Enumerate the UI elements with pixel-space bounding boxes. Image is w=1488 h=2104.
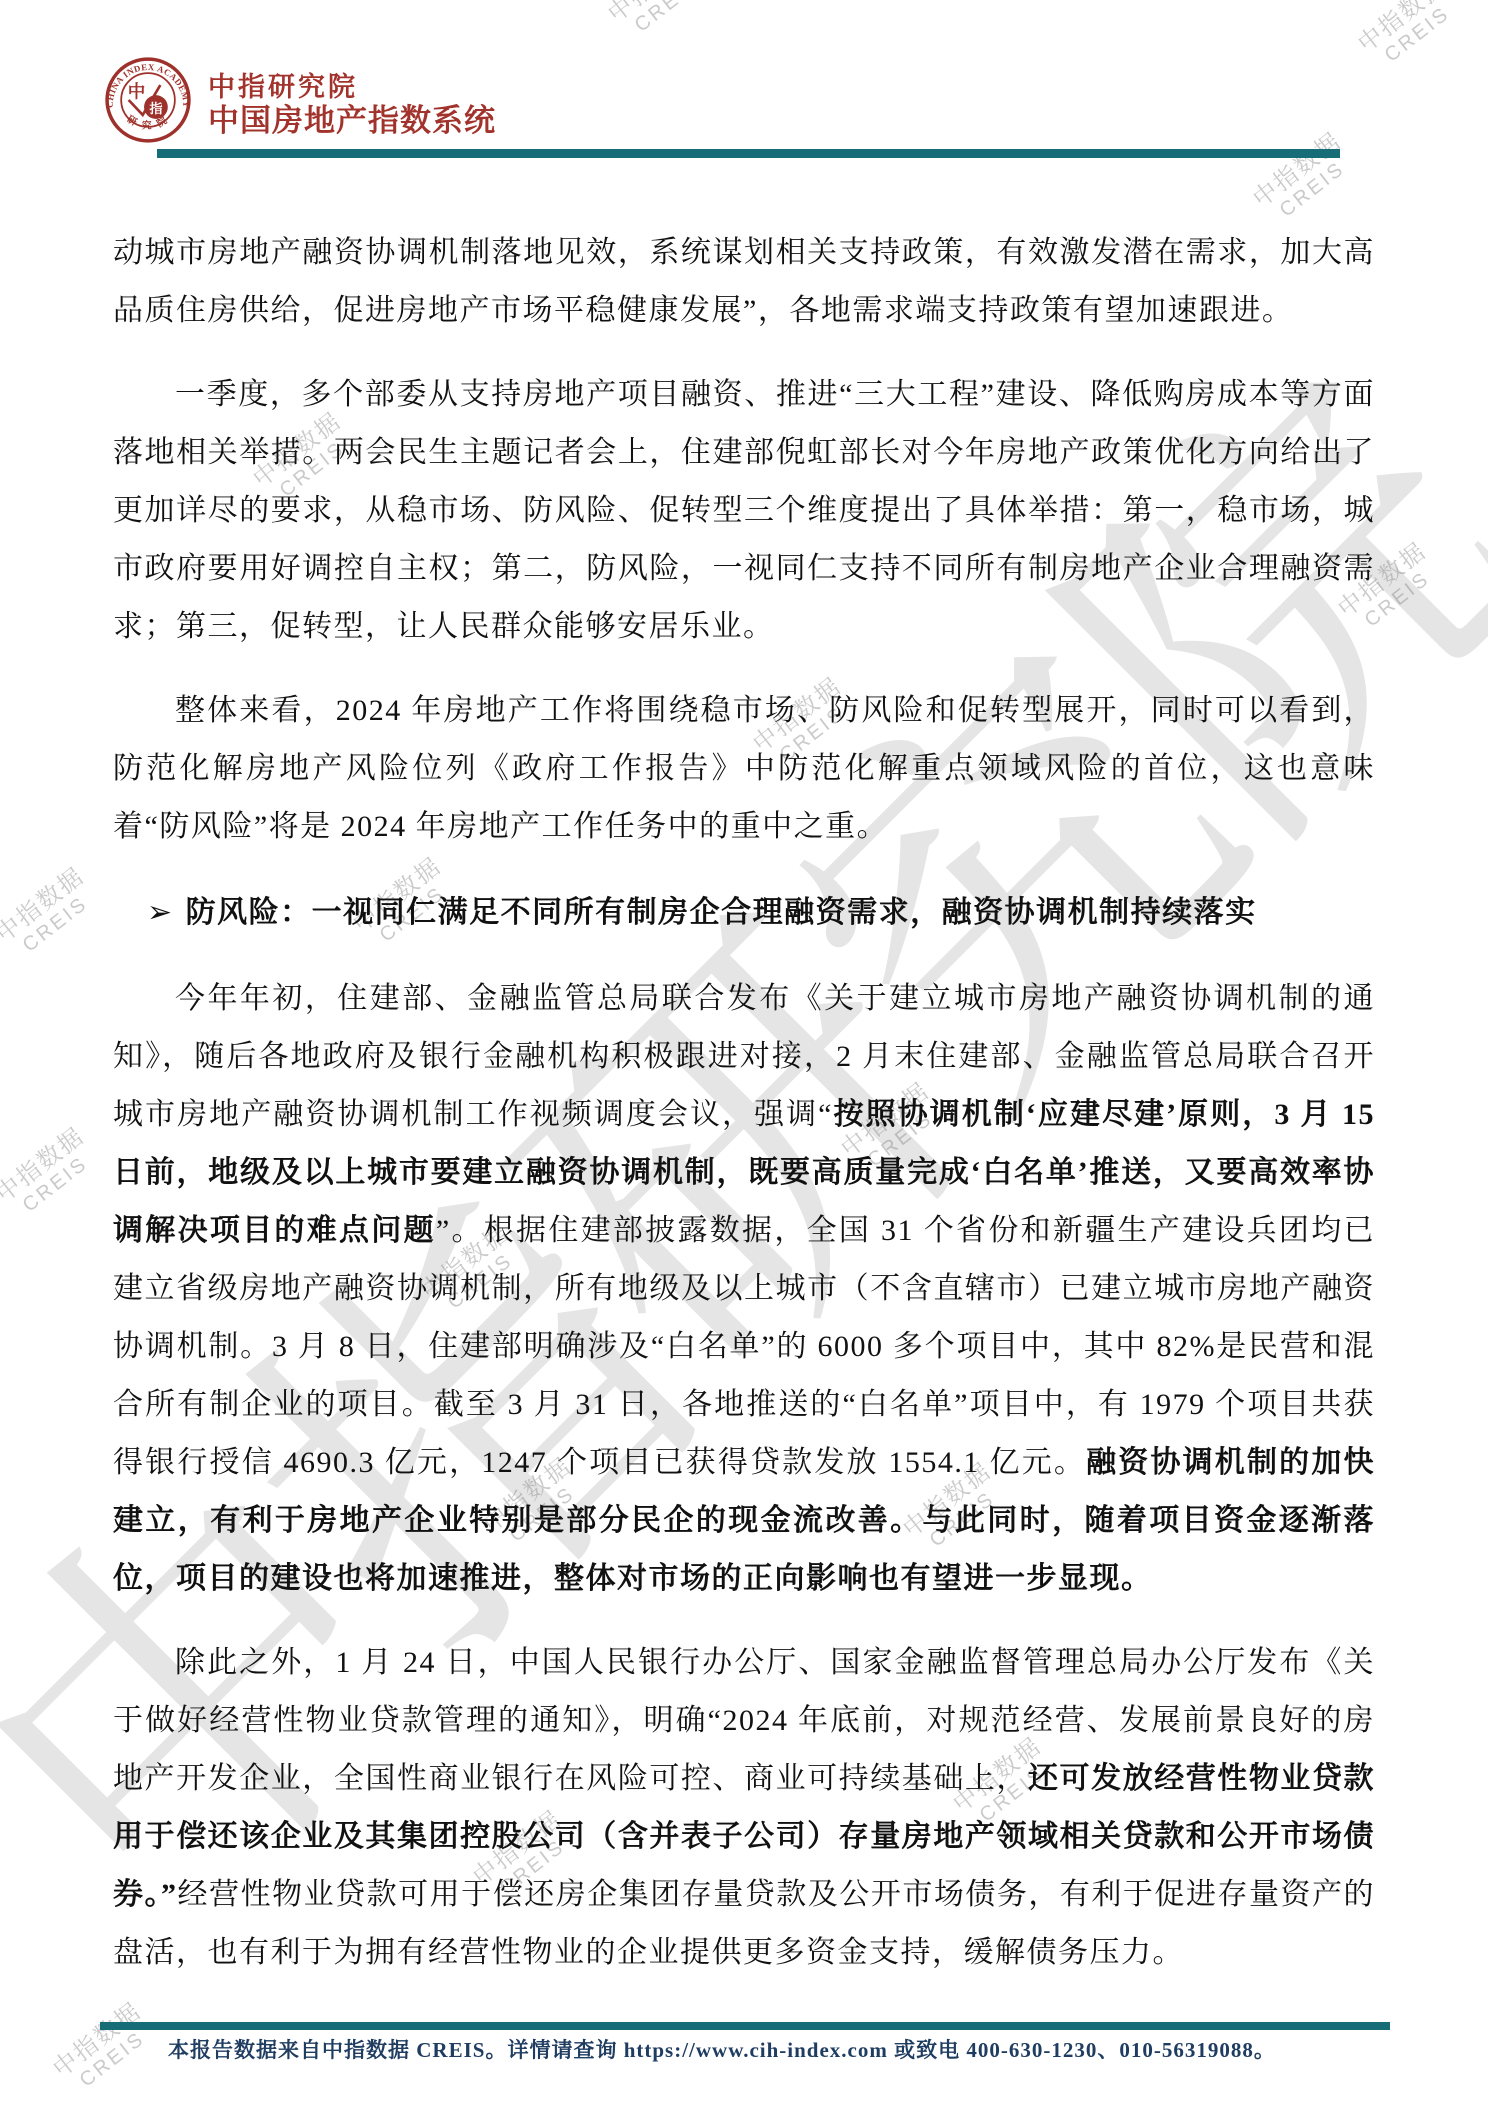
text-run: 经营性物业贷款可用于偿还房企集团存量贷款及公开市场债务，有利于促进存量资产的盘活…	[113, 1878, 1375, 1969]
text-run: 防风险：一视同仁满足不同所有制房企合理融资需求，融资协调机制持续落实	[186, 896, 1257, 929]
footer-note-suffix: 或致电 400-630-1230、010-56319088。	[888, 2038, 1276, 2062]
footer-note-prefix: 本报告数据来自中指数据 CREIS。详情请查询	[168, 2038, 624, 2062]
report-body: 动城市房地产融资协调机制落地见效，系统谋划相关支持政策，有效激发潜在需求，加大高…	[113, 224, 1375, 2008]
footer-divider	[100, 2022, 1390, 2030]
arrow-bullet-icon: ➢	[147, 895, 174, 930]
body-paragraph: 一季度，多个部委从支持房地产项目融资、推进“三大工程”建设、降低购房成本等方面落…	[113, 366, 1375, 656]
creis-watermark: 中指数据CREIS	[0, 1118, 111, 1231]
body-paragraph: 整体来看，2024 年房地产工作将围绕稳市场、防风险和促转型展开，同时可以看到，…	[113, 682, 1375, 856]
header-divider	[157, 149, 1340, 158]
body-paragraph: 今年年初，住建部、金融监管总局联合发布《关于建立城市房地产融资协调机制的通知》，…	[113, 970, 1375, 1608]
text-run: 动城市房地产融资协调机制落地见效，系统谋划相关支持政策，有效激发潜在需求，加大高…	[113, 236, 1375, 327]
report-header: CHINA INDEX ACADEMY 研 究 院 中 指 中指研究院 中国房地…	[104, 56, 496, 144]
body-paragraph: 除此之外，1 月 24 日，中国人民银行办公厅、国家金融监督管理总局办公厅发布《…	[113, 1634, 1375, 1982]
bullet-heading: ➢防风险：一视同仁满足不同所有制房企合理融资需求，融资协调机制持续落实	[113, 884, 1375, 942]
creis-watermark: 中指数据CREIS	[1347, 0, 1472, 82]
logo-char-bottom: 指	[148, 100, 162, 116]
text-run: ”。根据住建部披露数据，全国 31 个省份和新疆生产建设兵团均已建立省级房地产融…	[113, 1214, 1375, 1479]
body-paragraph: 动城市房地产融资协调机制落地见效，系统谋划相关支持政策，有效激发潜在需求，加大高…	[113, 224, 1375, 340]
creis-watermark: 中指数据CREIS	[597, 0, 722, 52]
text-run: 整体来看，2024 年房地产工作将围绕稳市场、防风险和促转型展开，同时可以看到，…	[113, 694, 1375, 843]
report-footer: 本报告数据来自中指数据 CREIS。详情请查询 https://www.cih-…	[168, 2034, 1388, 2064]
creis-watermark: 中指数据CREIS	[1242, 123, 1367, 236]
header-system-name: 中国房地产指数系统	[208, 103, 496, 139]
logo-char-top: 中	[128, 81, 146, 101]
text-run: 一季度，多个部委从支持房地产项目融资、推进“三大工程”建设、降低购房成本等方面落…	[113, 378, 1375, 643]
china-index-academy-logo-icon: CHINA INDEX ACADEMY 研 究 院 中 指	[104, 56, 192, 144]
footer-url-link[interactable]: https://www.cih-index.com	[624, 2038, 888, 2062]
creis-watermark: 中指数据CREIS	[0, 858, 111, 971]
creis-watermark: 中指数据CREIS	[42, 1993, 167, 2104]
report-page: 中指研究院 中指数据CREIS中指数据CREIS中指数据CREIS中指数据CRE…	[0, 0, 1488, 2104]
header-org-name: 中指研究院	[208, 72, 496, 103]
header-titles: 中指研究院 中国房地产指数系统	[208, 56, 496, 144]
